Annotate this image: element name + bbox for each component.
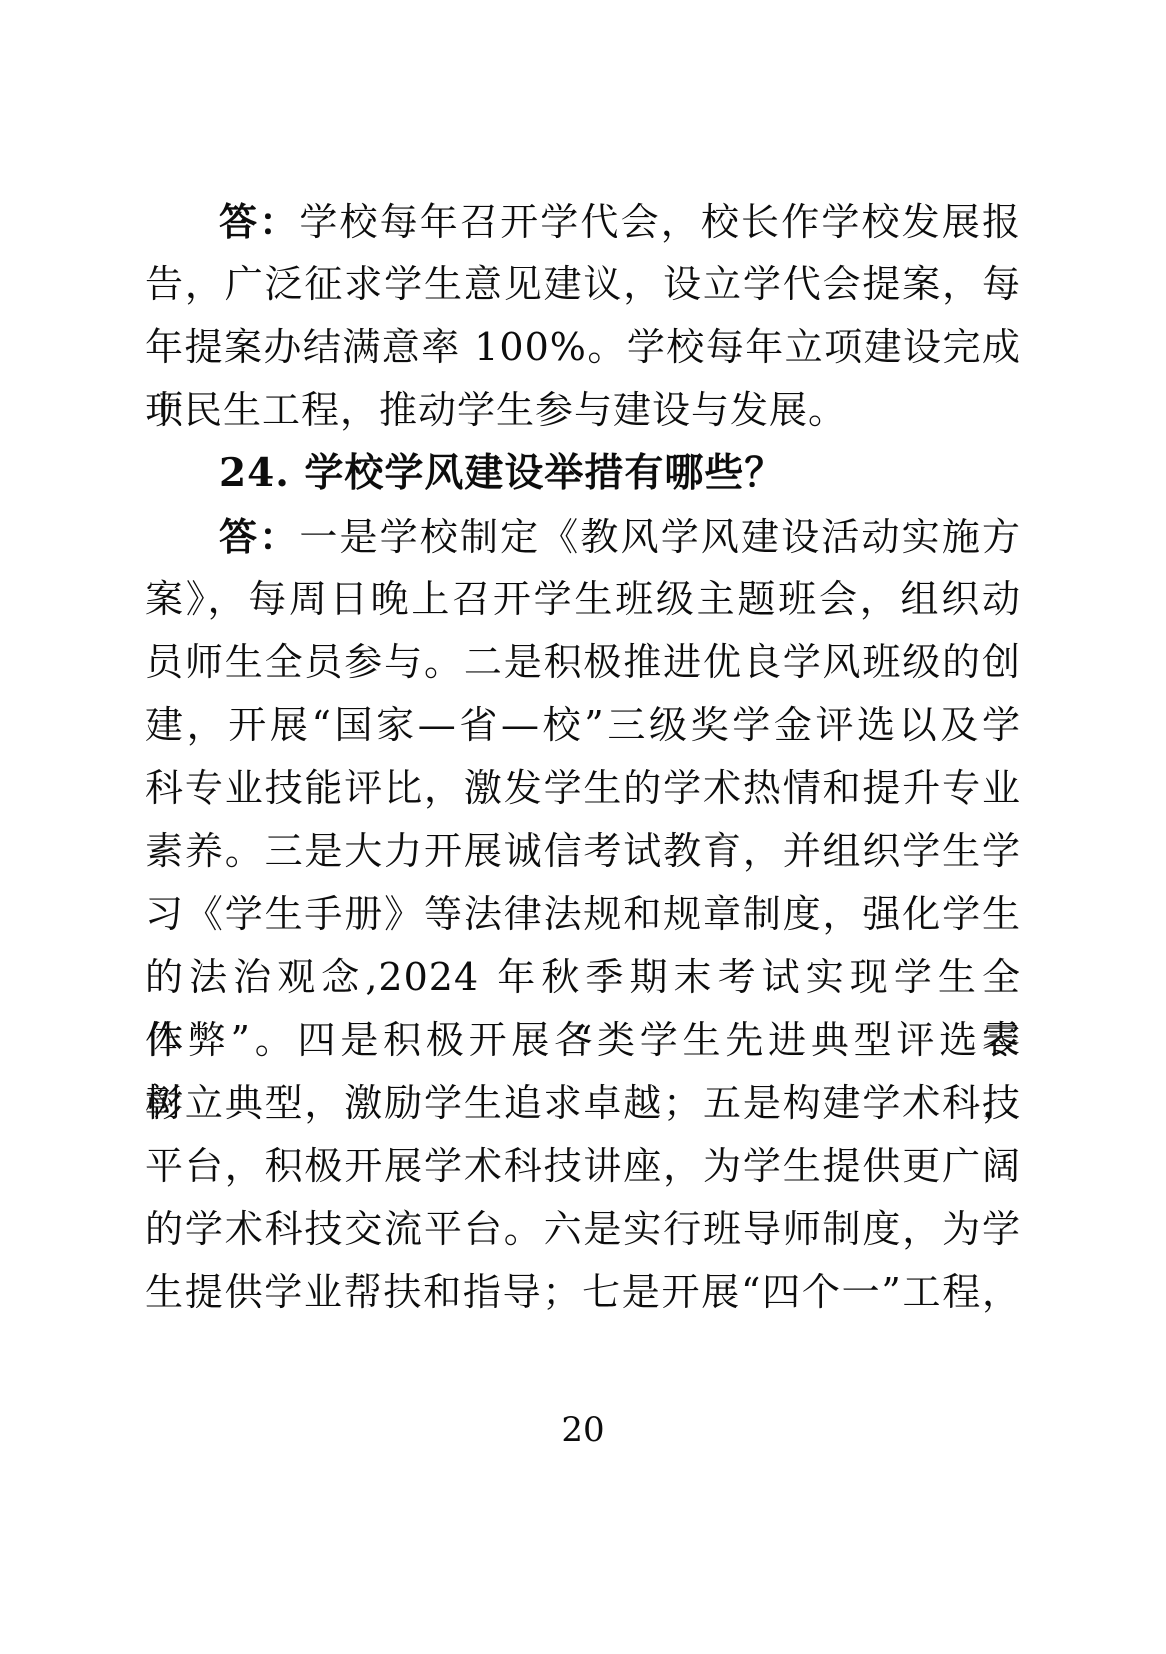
text-line: 员师生全员参与。二是积极推进优良学风班级的创 [145,631,1021,694]
text-segment: 员师生全员参与。二是积极推进优良学风班级的创 [145,640,1021,684]
text-line: 树立典型，激励学生追求卓越；五是构建学术科技 [145,1072,1021,1135]
text-line: 作弊”。四是积极开展各类学生先进典型评选表彰， [145,1009,1021,1072]
text-segment: 树立典型，激励学生追求卓越；五是构建学术科技 [145,1081,1021,1125]
text-line: 案》，每周日晚上召开学生班级主题班会，组织动 [145,568,1021,631]
text-line: 答：学校每年召开学代会，校长作学校发展报 [145,190,1021,253]
document-page: 答：学校每年召开学代会，校长作学校发展报告，广泛征求学生意见建议，设立学代会提案… [0,0,1166,1654]
text-segment: 学校每年召开学代会，校长作学校发展报 [299,200,1021,244]
text-line: 平台，积极开展学术科技讲座，为学生提供更广阔 [145,1135,1021,1198]
text-segment: 告，广泛征求学生意见建议，设立学代会提案，每 [145,262,1021,306]
text-line: 建，开展“国家—省—校”三级奖学金评选以及学 [145,694,1021,757]
text-line: 项民生工程，推动学生参与建设与发展。 [145,379,1021,442]
bold-text-segment: 答： [219,199,299,244]
text-line: 答：一是学校制定《教风学风建设活动实施方 [145,505,1021,568]
text-line: 科专业技能评比，激发学生的学术热情和提升专业 [145,757,1021,820]
text-segment: 案》，每周日晚上召开学生班级主题班会，组织动 [145,577,1021,621]
text-line: 年提案办结满意率 100%。学校每年立项建设完成十 [145,316,1021,379]
text-segment: 建，开展“国家—省—校”三级奖学金评选以及学 [145,703,1021,747]
text-block: 答：学校每年召开学代会，校长作学校发展报告，广泛征求学生意见建议，设立学代会提案… [145,190,1021,1324]
text-segment: 习《学生手册》等法律法规和规章制度，强化学生 [145,892,1021,936]
text-line: 的学术科技交流平台。六是实行班导师制度，为学 [145,1198,1021,1261]
text-line: 告，广泛征求学生意见建议，设立学代会提案，每 [145,253,1021,316]
text-segment: 素养。三是大力开展诚信考试教育，并组织学生学 [145,829,1021,873]
answer-paragraph-23: 答：学校每年召开学代会，校长作学校发展报告，广泛征求学生意见建议，设立学代会提案… [145,190,1021,442]
text-segment: 科专业技能评比，激发学生的学术热情和提升专业 [145,766,1021,810]
text-line: 的法治观念,2024 年秋季期末考试实现学生全体“零 [145,946,1021,1009]
answer-paragraph-24: 答：一是学校制定《教风学风建设活动实施方案》，每周日晚上召开学生班级主题班会，组… [145,505,1021,1324]
bold-text-segment: 答： [219,514,299,559]
text-line: 素养。三是大力开展诚信考试教育，并组织学生学 [145,820,1021,883]
bold-text-segment: 24. 学校学风建设举措有哪些？ [219,450,784,496]
page-number: 20 [145,1405,1021,1455]
text-segment: 生提供学业帮扶和指导；七是开展“四个一”工程， [145,1270,1021,1314]
text-segment: 项民生工程，推动学生参与建设与发展。 [145,388,847,432]
text-line: 24. 学校学风建设举措有哪些？ [145,442,1021,505]
question-24-heading: 24. 学校学风建设举措有哪些？ [145,442,1021,505]
text-line: 生提供学业帮扶和指导；七是开展“四个一”工程， [145,1261,1021,1324]
text-segment: 一是学校制定《教风学风建设活动实施方 [299,515,1021,559]
text-segment: 的学术科技交流平台。六是实行班导师制度，为学 [145,1207,1021,1251]
text-segment: 平台，积极开展学术科技讲座，为学生提供更广阔 [145,1144,1021,1188]
text-line: 习《学生手册》等法律法规和规章制度，强化学生 [145,883,1021,946]
